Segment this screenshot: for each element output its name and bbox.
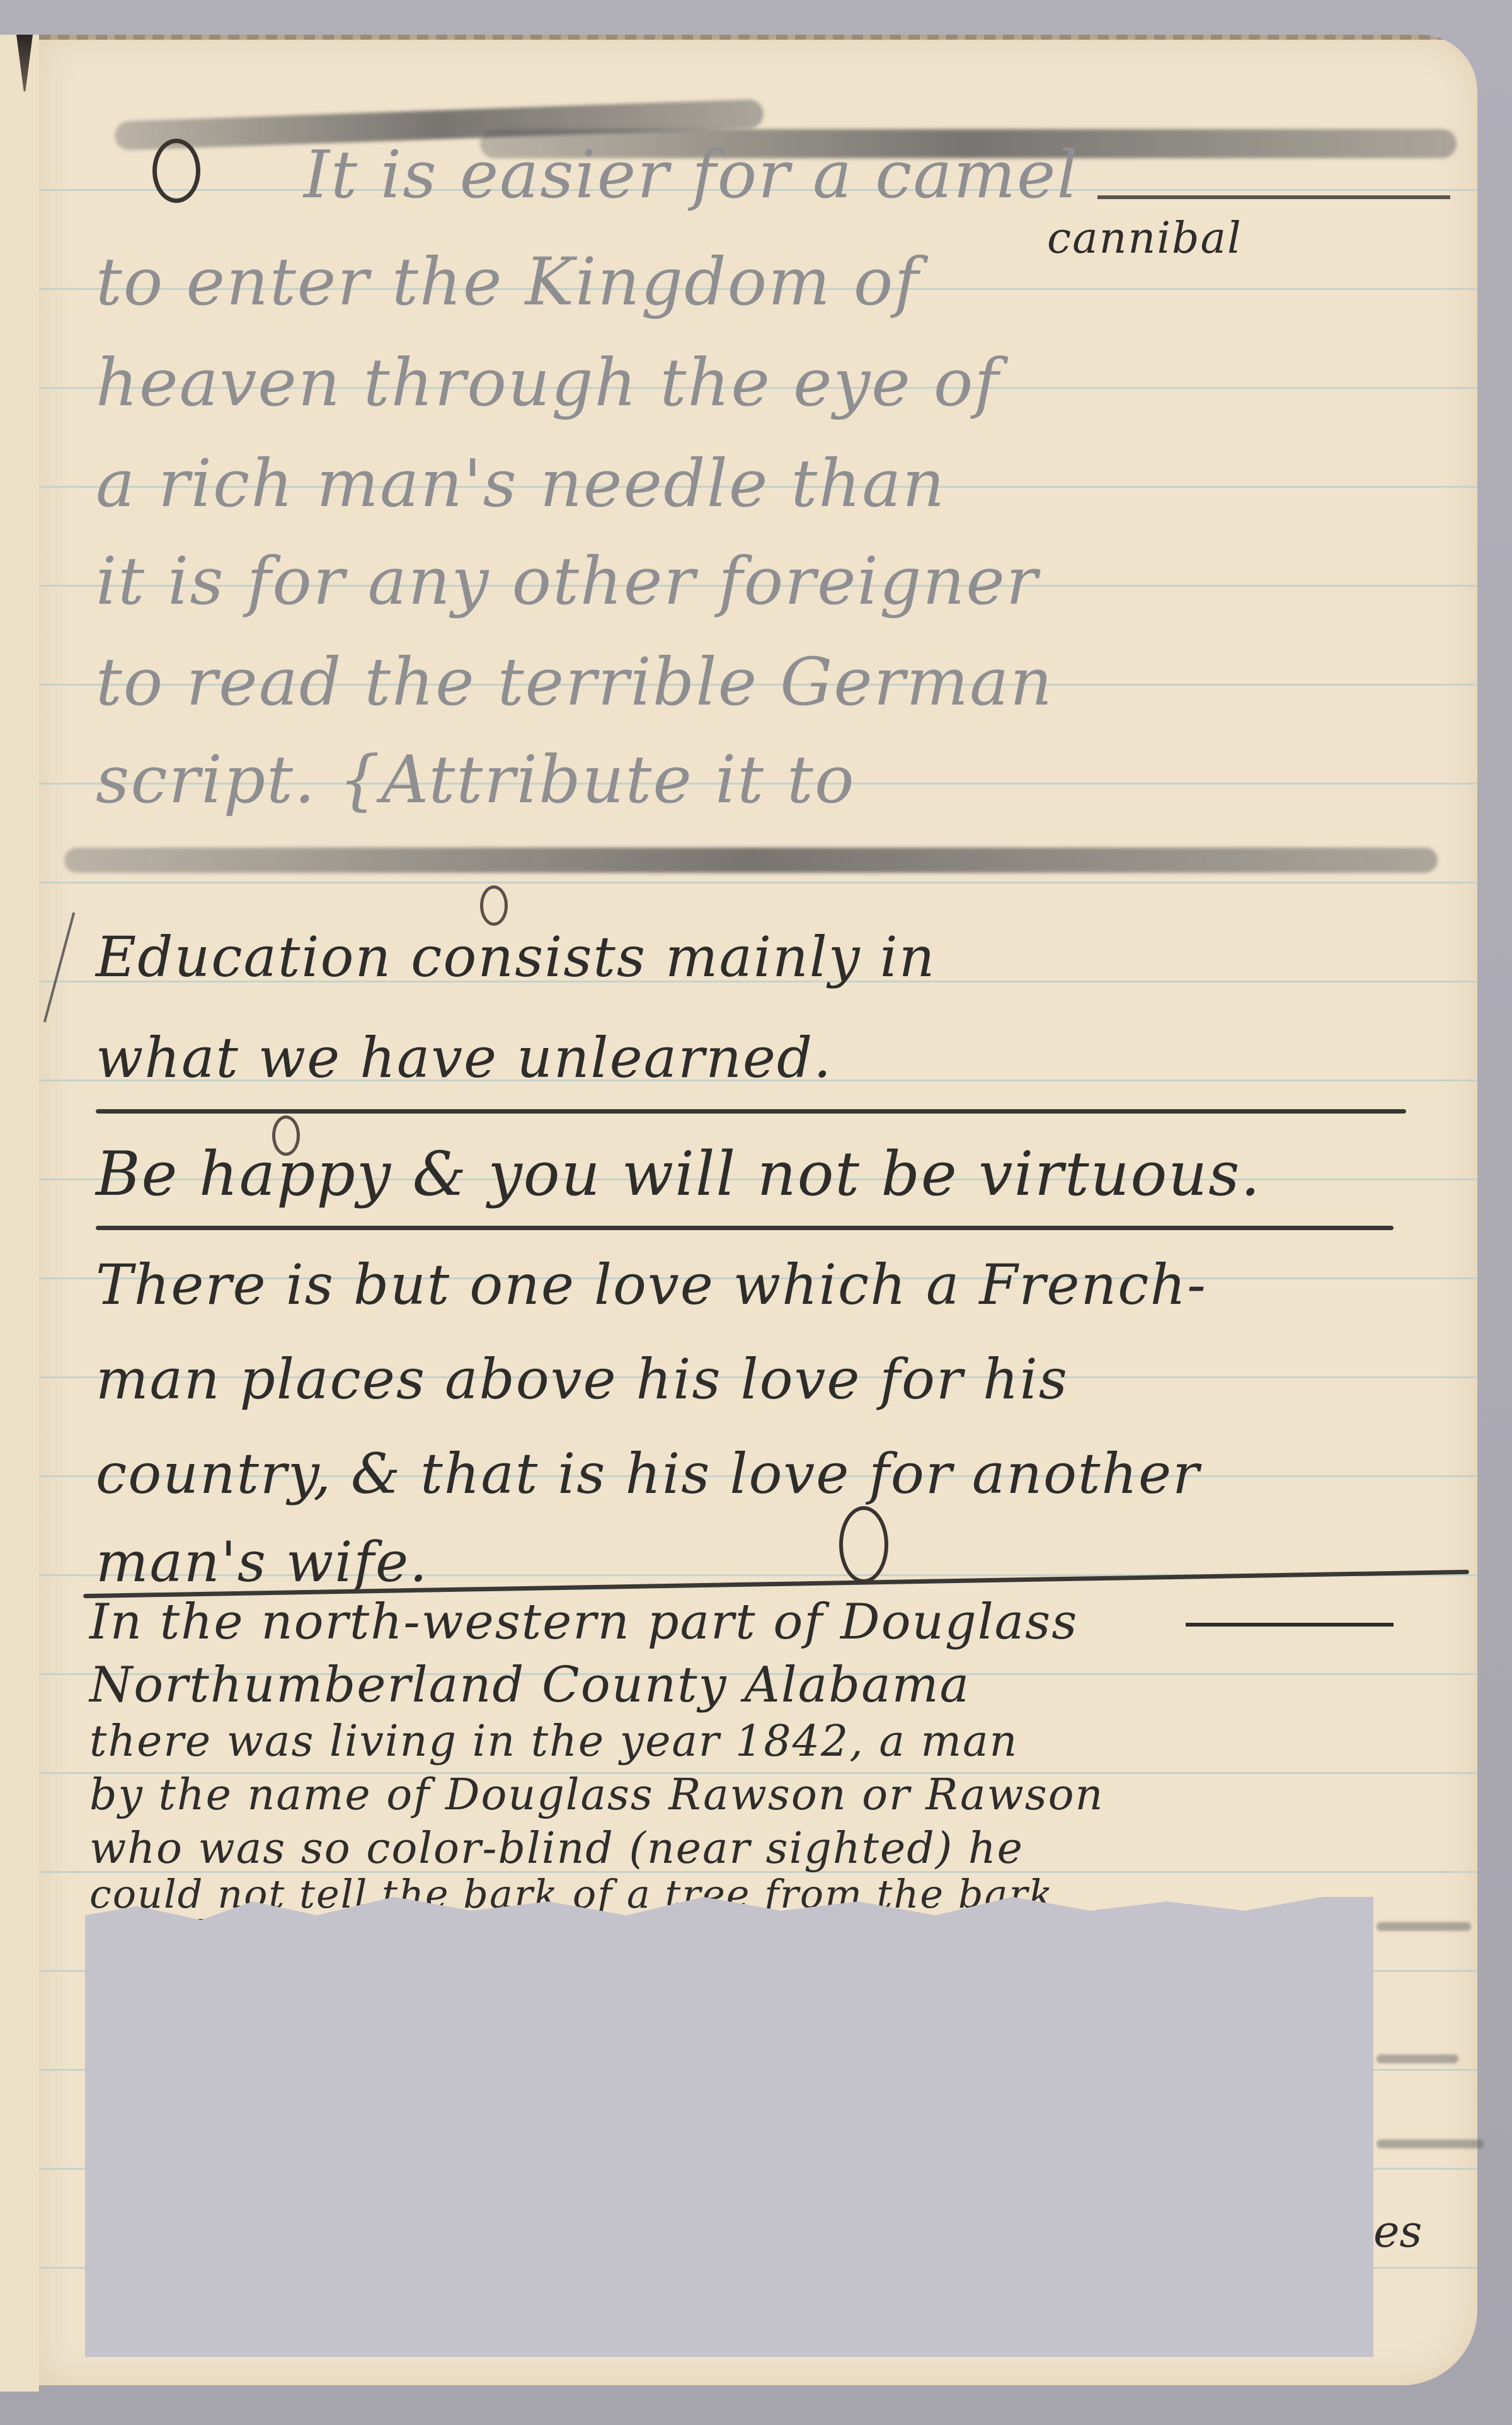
- pencil-divider: [64, 848, 1438, 873]
- pencil-line: to enter the Kingdom of: [96, 249, 920, 314]
- circle-marker: [480, 885, 508, 926]
- insertion-cannibal: cannibal: [1047, 217, 1242, 260]
- ruled-line: [39, 882, 1477, 884]
- torn-page-area: [85, 1897, 1373, 2357]
- stub-pencil-mark: [1377, 2140, 1484, 2148]
- ink-line: country, & that is his love for another: [96, 1446, 1200, 1502]
- stub-pencil-mark: [1377, 1922, 1471, 1931]
- ink-line: there was living in the year 1842, a man: [89, 1720, 1018, 1763]
- circle-marker: [152, 139, 200, 203]
- ink-line: man's wife.: [96, 1535, 428, 1590]
- ink-line: by the name of Douglass Rawson or Rawson: [89, 1774, 1104, 1817]
- pencil-bracket-mark: [43, 913, 75, 1023]
- ink-line: In the north-western part of Douglass: [89, 1598, 1078, 1647]
- ink-line: man places above his love for his: [96, 1352, 1068, 1407]
- strikethrough: [1186, 1623, 1394, 1627]
- pencil-line: a rich man's needle than: [96, 451, 946, 516]
- page-top-edge: [39, 35, 1477, 40]
- pencil-line: to read the terrible German: [96, 649, 1053, 715]
- ink-divider: [96, 1109, 1406, 1114]
- circle-marker: [839, 1506, 888, 1583]
- ink-line: Northumberland County Alabama: [89, 1661, 970, 1710]
- stub-pencil-mark: [1377, 2054, 1458, 2063]
- previous-page-edge: [0, 35, 40, 2392]
- ink-line: Be happy & you will not be virtuous.: [96, 1144, 1261, 1204]
- stub-ink-fragment: es: [1373, 2206, 1422, 2257]
- ink-line: Education consists mainly in: [96, 930, 936, 985]
- pencil-line: heaven through the eye of: [96, 350, 1000, 415]
- ink-line: There is but one love which a French-: [96, 1257, 1207, 1313]
- ink-divider: [96, 1226, 1394, 1230]
- pencil-line: It is easier for a camel: [304, 142, 1079, 207]
- strikethrough: [1097, 195, 1450, 199]
- ink-line: what we have unlearned.: [96, 1030, 832, 1086]
- pencil-line: script. {Attribute it to: [96, 747, 856, 812]
- ink-line: who was so color-blind (near sighted) he: [89, 1828, 1024, 1870]
- pencil-line: it is for any other foreigner: [96, 548, 1039, 614]
